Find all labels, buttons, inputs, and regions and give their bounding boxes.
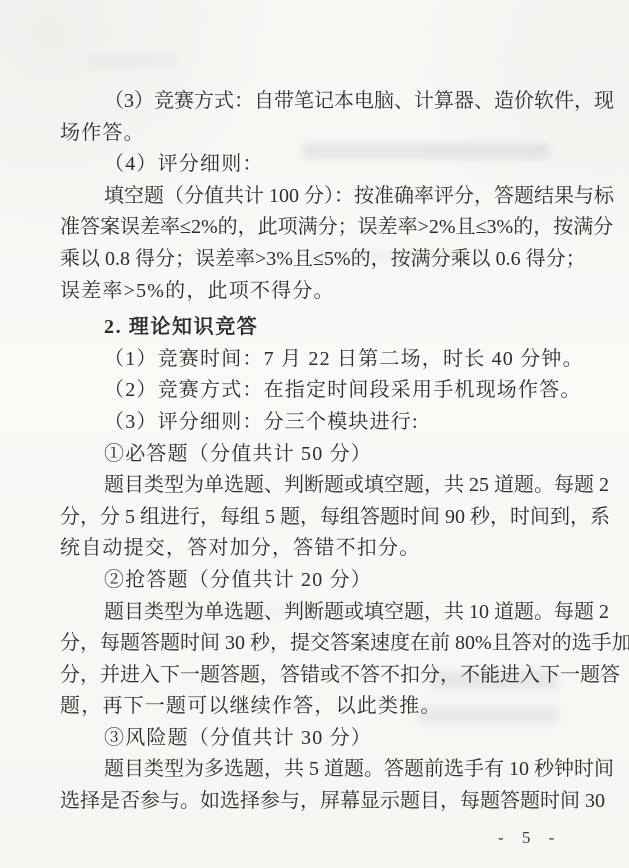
text-line: （4）评分细则： <box>60 149 563 181</box>
text-line: 分，分 5 组进行，每组 5 题，每组答题时间 90 秒，时间到，系 <box>60 502 563 534</box>
bleedthrough-mark <box>88 56 178 67</box>
text-line: （2）竞赛方式：在指定时间段采用手机现场作答。 <box>60 375 563 407</box>
scanned-document-page: （3）竞赛方式：自带笔记本电脑、计算器、造价软件，现场作答。（4）评分细则：填空… <box>0 0 629 868</box>
text-line: 场作答。 <box>60 118 563 150</box>
text-line: （3）评分细则：分三个模块进行: <box>60 407 563 439</box>
text-line: 选择是否参与。如选择参与，屏幕显示题目，每题答题时间 30 <box>60 786 563 818</box>
text-line: 题，再下一题可以继续作答，以此类推。 <box>60 691 563 723</box>
text-line: 乘以 0.8 得分；误差率>3%且≤5%的，按满分乘以 0.6 得分； <box>60 244 563 276</box>
text-line: 填空题（分值共计 100 分）：按准确率评分，答题结果与标 <box>60 181 563 213</box>
text-line: 分，每题答题时间 30 秒，提交答案速度在前 80%且答对的选手加 <box>60 628 563 660</box>
text-line: 统自动提交，答对加分，答错不扣分。 <box>60 533 563 565</box>
text-line: （3）竞赛方式：自带笔记本电脑、计算器、造价软件，现 <box>60 86 563 118</box>
text-line: ①必答题（分值共计 50 分） <box>60 439 563 471</box>
text-line: 题目类型为单选题、判断题或填空题，共 10 道题。每题 2 <box>60 597 563 629</box>
text-line: 分，并进入下一题答题，答错或不答不扣分，不能进入下一题答 <box>60 660 563 692</box>
text-line: ③风险题（分值共计 30 分） <box>60 723 563 755</box>
text-line: 准答案误差率≤2%的，此项满分；误差率>2%且≤3%的，按满分 <box>60 212 563 244</box>
text-line: ②抢答题（分值共计 20 分） <box>60 565 563 597</box>
text-line: 误差率>5%的，此项不得分。 <box>60 276 563 308</box>
text-line: 题目类型为单选题、判断题或填空题，共 25 道题。每题 2 <box>60 470 563 502</box>
section-heading: 2. 理论知识竞答 <box>60 312 563 344</box>
text-line: 题目类型为多选题，共 5 道题。答题前选手有 10 秒钟时间 <box>60 754 563 786</box>
document-lines: （3）竞赛方式：自带笔记本电脑、计算器、造价软件，现场作答。（4）评分细则：填空… <box>60 86 563 818</box>
text-line: （1）竞赛时间：7 月 22 日第二场，时长 40 分钟。 <box>60 344 563 376</box>
page-number: - 5 - <box>498 828 561 848</box>
